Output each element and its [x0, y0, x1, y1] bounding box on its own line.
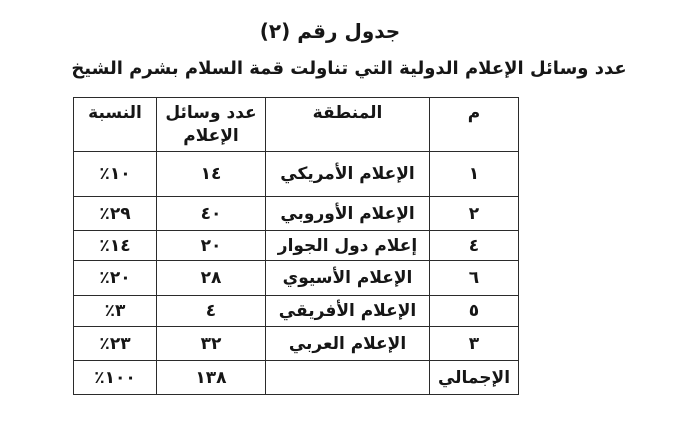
header-cell-region: المنطقة — [266, 98, 430, 152]
header-cell-percent: النسبة — [74, 98, 157, 152]
cell-total-region-empty — [266, 361, 430, 395]
cell-count: ٣٢ — [157, 327, 266, 361]
header-cell-count: عدد وسائل الإعلام — [157, 98, 266, 152]
cell-total-percent: ٪١٠٠ — [74, 361, 157, 395]
cell-region: إعلام دول الجوار — [266, 231, 430, 261]
header-cell-serial: م — [430, 98, 519, 152]
cell-total-count: ١٣٨ — [157, 361, 266, 395]
table-row: ٣ الإعلام العربي ٣٢ ٪٢٣ — [74, 327, 519, 361]
document-page: جدول رقم (٢) عدد وسائل الإعلام الدولية ا… — [0, 0, 698, 430]
table-row: ٤ إعلام دول الجوار ٢٠ ٪١٤ — [74, 231, 519, 261]
cell-serial: ٣ — [430, 327, 519, 361]
cell-percent: ٪٢٠ — [74, 261, 157, 296]
cell-percent: ٪٣ — [74, 296, 157, 327]
cell-serial: ٦ — [430, 261, 519, 296]
cell-percent: ٪١٠ — [74, 152, 157, 197]
table-number-title: جدول رقم (٢) — [0, 19, 660, 43]
cell-region: الإعلام الأسيوي — [266, 261, 430, 296]
cell-percent: ٪١٤ — [74, 231, 157, 261]
header-row: م المنطقة عدد وسائل الإعلام النسبة — [74, 98, 519, 152]
cell-percent: ٪٢٣ — [74, 327, 157, 361]
cell-serial: ١ — [430, 152, 519, 197]
cell-count: ٤ — [157, 296, 266, 327]
cell-region: الإعلام الأفريقي — [266, 296, 430, 327]
cell-percent: ٪٢٩ — [74, 197, 157, 231]
cell-serial: ٢ — [430, 197, 519, 231]
cell-serial: ٤ — [430, 231, 519, 261]
cell-count: ٢٨ — [157, 261, 266, 296]
cell-serial: ٥ — [430, 296, 519, 327]
cell-region: الإعلام العربي — [266, 327, 430, 361]
cell-count: ٢٠ — [157, 231, 266, 261]
cell-total-label: الإجمالي — [430, 361, 519, 395]
cell-region: الإعلام الأمريكي — [266, 152, 430, 197]
cell-region: الإعلام الأوروبي — [266, 197, 430, 231]
total-row: الإجمالي ١٣٨ ٪١٠٠ — [74, 361, 519, 395]
table-row: ٥ الإعلام الأفريقي ٤ ٪٣ — [74, 296, 519, 327]
table-subtitle: عدد وسائل الإعلام الدولية التي تناولت قم… — [0, 58, 698, 79]
table-row: ١ الإعلام الأمريكي ١٤ ٪١٠ — [74, 152, 519, 197]
table-row: ٢ الإعلام الأوروبي ٤٠ ٪٢٩ — [74, 197, 519, 231]
table-row: ٦ الإعلام الأسيوي ٢٨ ٪٢٠ — [74, 261, 519, 296]
media-coverage-table: م المنطقة عدد وسائل الإعلام النسبة ١ الإ… — [73, 97, 519, 395]
cell-count: ١٤ — [157, 152, 266, 197]
cell-count: ٤٠ — [157, 197, 266, 231]
